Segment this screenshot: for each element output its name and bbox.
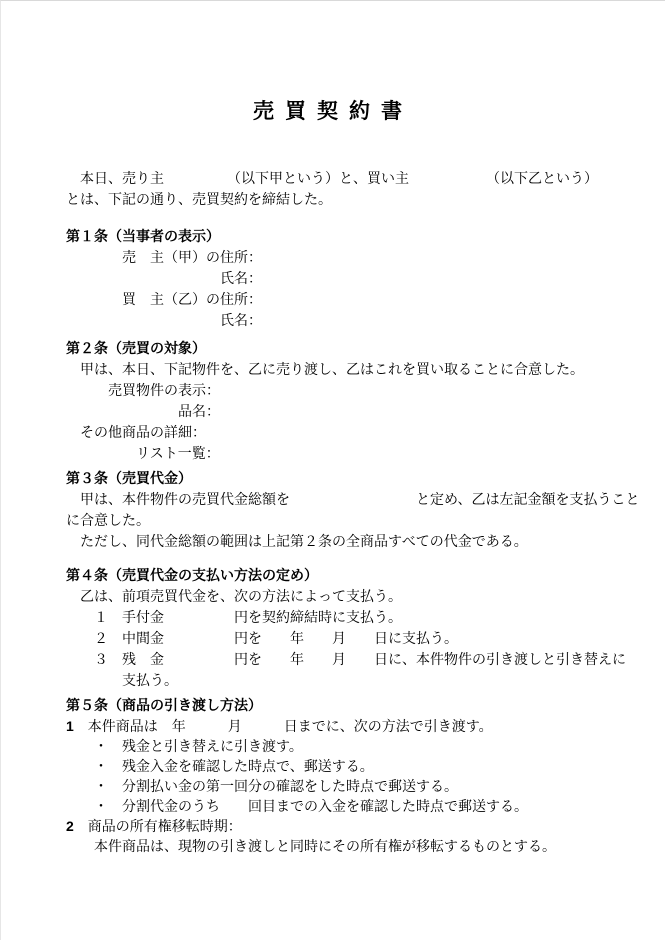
article-2: 第２条（売買の対象） 甲は、本日、下記物件を、乙に売り渡し、乙はこれを買い取るこ…: [66, 337, 645, 464]
item-text: ・ 残金と引き替えに引き渡す。: [66, 738, 303, 754]
other-details-line: その他商品の詳細：: [66, 422, 645, 443]
seller-address-line: 売 主（甲）の住所：: [66, 247, 645, 268]
balance-line: ３ 残 金 円を 年 月 日に、本件物件の引き渡しと引き替えに: [66, 649, 645, 670]
intro-line: とは、下記の通り、売買契約を締結した。: [66, 189, 645, 210]
delivery-option-line: ・ 分割代金のうち 回目までの入金を確認した時点で郵送する。: [66, 796, 645, 816]
article-3-body-line: ただし、同代金総額の範囲は上記第２条の全商品すべての代金である。: [66, 531, 645, 552]
seller-name-line: 氏名：: [66, 268, 645, 289]
article-1: 第１条（当事者の表示） 売 主（甲）の住所： 氏名： 買 主（乙）の住所： 氏名…: [66, 225, 645, 331]
item-text: 本件商品は、現物の引き渡しと同時にその所有権が移転するものとする。: [66, 838, 556, 854]
delivery-option-line: ・ 分割払い金の第一回分の確認をした時点で郵送する。: [66, 776, 645, 796]
article-4-body-line: 乙は、前項売買代金を、次の方法によって支払う。: [66, 586, 645, 607]
item-text: 商品の所有権移転時期：: [74, 818, 242, 834]
item-text: ・ 分割代金のうち 回目までの入金を確認した時点で郵送する。: [66, 798, 528, 814]
article-2-heading: 第２条（売買の対象）: [66, 337, 645, 359]
item-name-line: 品名：: [66, 401, 645, 422]
buyer-address-line: 買 主（乙）の住所：: [66, 289, 645, 310]
property-label-line: 売買物件の表示：: [66, 380, 645, 401]
article-3-heading: 第３条（売買代金）: [66, 467, 645, 489]
intro-paragraph: 本日、売り主 （以下甲という）と、買い主 （以下乙という） とは、下記の通り、売…: [66, 168, 645, 210]
balance-continuation-line: 支払う。: [66, 670, 645, 691]
ownership-transfer-body-line: 本件商品は、現物の引き渡しと同時にその所有権が移転するものとする。: [66, 836, 645, 856]
delivery-option-line: ・ 残金入金を確認した時点で、郵送する。: [66, 756, 645, 776]
contract-document-page: 売買契約書 本日、売り主 （以下甲という）と、買い主 （以下乙という） とは、下…: [0, 0, 665, 940]
article-3: 第３条（売買代金） 甲は、本件物件の売買代金総額を と定め、乙は左記金額を支払う…: [66, 467, 645, 552]
intro-line: 本日、売り主 （以下甲という）と、買い主 （以下乙という）: [66, 168, 645, 189]
item-number: 2: [66, 818, 74, 834]
delivery-date-line: 1 本件商品は 年 月 日までに、次の方法で引き渡す。: [66, 716, 645, 736]
article-1-heading: 第１条（当事者の表示）: [66, 225, 645, 247]
article-5-heading: 第５条（商品の引き渡し方法）: [66, 694, 645, 716]
item-text: ・ 分割払い金の第一回分の確認をした時点で郵送する。: [66, 778, 458, 794]
article-4-heading: 第４条（売買代金の支払い方法の定め）: [66, 564, 645, 586]
deposit-line: １ 手付金 円を契約締結時に支払う。: [66, 607, 645, 628]
article-5: 第５条（商品の引き渡し方法） 1 本件商品は 年 月 日までに、次の方法で引き渡…: [66, 694, 645, 856]
article-2-body-line: 甲は、本日、下記物件を、乙に売り渡し、乙はこれを買い取ることに合意した。: [66, 359, 645, 380]
document-title: 売買契約書: [1, 98, 665, 126]
item-text: 本件商品は 年 月 日までに、次の方法で引き渡す。: [74, 718, 493, 734]
buyer-name-line: 氏名：: [66, 310, 645, 331]
article-3-body-line: に合意した。: [66, 510, 645, 531]
delivery-option-line: ・ 残金と引き替えに引き渡す。: [66, 736, 645, 756]
ownership-transfer-line: 2 商品の所有権移転時期：: [66, 816, 645, 836]
list-line: リスト一覧：: [66, 443, 645, 464]
item-number: 1: [66, 718, 74, 734]
interim-payment-line: ２ 中間金 円を 年 月 日に支払う。: [66, 628, 645, 649]
item-text: ・ 残金入金を確認した時点で、郵送する。: [66, 758, 374, 774]
article-3-body-line: 甲は、本件物件の売買代金総額を と定め、乙は左記金額を支払うこと: [66, 489, 645, 510]
article-4: 第４条（売買代金の支払い方法の定め） 乙は、前項売買代金を、次の方法によって支払…: [66, 564, 645, 691]
